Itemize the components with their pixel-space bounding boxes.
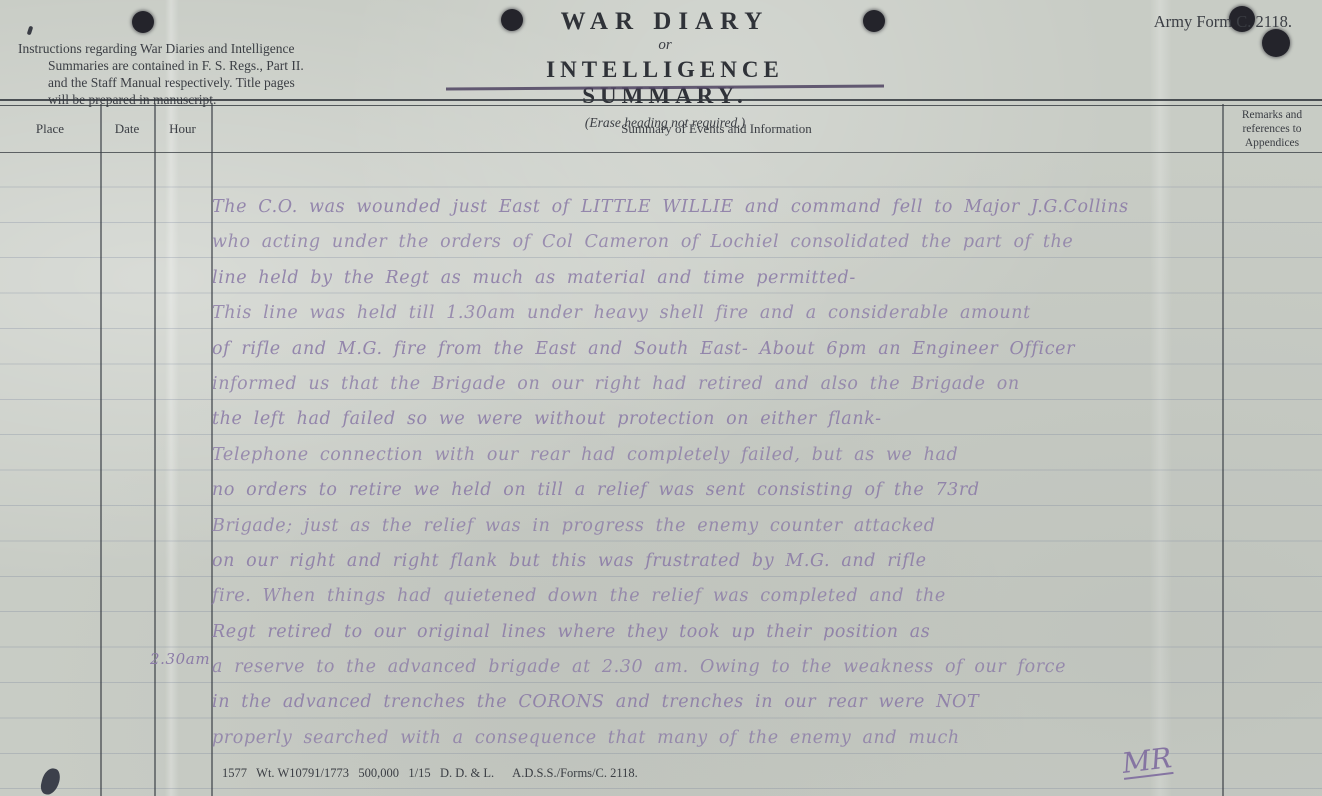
entry-hour-value: 2.30am (150, 650, 214, 668)
entry-line: of rifle and M.G. fire from the East and… (212, 339, 1214, 374)
column-header-place: Place (0, 121, 100, 137)
instructions-line: and the Staff Manual respectively. Title… (18, 74, 378, 91)
punch-hole-icon (132, 11, 154, 33)
column-divider (1222, 104, 1224, 796)
column-divider (100, 104, 102, 796)
form-instructions: Instructions regarding War Diaries and I… (18, 40, 378, 108)
entry-line: the left had failed so we were without p… (212, 409, 1214, 444)
table-top-border (0, 99, 1322, 106)
diary-entry-text: The C.O. was wounded just East of LITTLE… (212, 197, 1214, 763)
entry-line: Telephone connection with our rear had c… (212, 445, 1214, 480)
entry-line: line held by the Regt as much as materia… (212, 268, 1214, 303)
entry-line: who acting under the orders of Col Camer… (212, 232, 1214, 267)
war-diary-title: WAR DIARY (460, 8, 870, 36)
column-header-remarks: Remarks and references to Appendices (1224, 108, 1320, 150)
war-diary-page: Instructions regarding War Diaries and I… (0, 0, 1322, 796)
entry-line: no orders to retire we held on till a re… (212, 480, 1214, 515)
signature-initials: MR (1120, 741, 1173, 780)
punch-hole-icon (1262, 29, 1290, 57)
ink-speck (27, 26, 34, 36)
entry-line: properly searched with a consequence tha… (212, 728, 1214, 763)
entry-line: a reserve to the advanced brigade at 2.3… (212, 657, 1214, 692)
printer-code: 1577 Wt. W10791/1773 500,000 1/15 D. D. … (222, 766, 638, 781)
entry-line: The C.O. was wounded just East of LITTLE… (212, 197, 1214, 232)
column-header-summary: Summary of Events and Information (211, 121, 1222, 137)
title-or-label: or (460, 37, 870, 54)
entry-line: fire. When things had quietened down the… (212, 586, 1214, 621)
army-form-number: Army Form C. 2118. (1154, 12, 1292, 32)
entry-line: Brigade; just as the relief was in progr… (212, 516, 1214, 551)
column-header-hour: Hour (154, 121, 211, 137)
instructions-line: Instructions regarding War Diaries and I… (18, 40, 378, 57)
entry-line: in the advanced trenches the CORONS and … (212, 692, 1214, 727)
entry-line: on our right and right flank but this wa… (212, 551, 1214, 586)
entry-line: informed us that the Brigade on our righ… (212, 374, 1214, 409)
column-header-date: Date (100, 121, 154, 137)
instructions-line: Summaries are contained in F. S. Regs., … (18, 57, 378, 74)
entry-line: This line was held till 1.30am under hea… (212, 303, 1214, 338)
entry-line: Regt retired to our original lines where… (212, 622, 1214, 657)
form-title-block: WAR DIARY or INTELLIGENCE SUMMARY. (Eras… (460, 8, 870, 131)
column-divider (154, 104, 156, 796)
